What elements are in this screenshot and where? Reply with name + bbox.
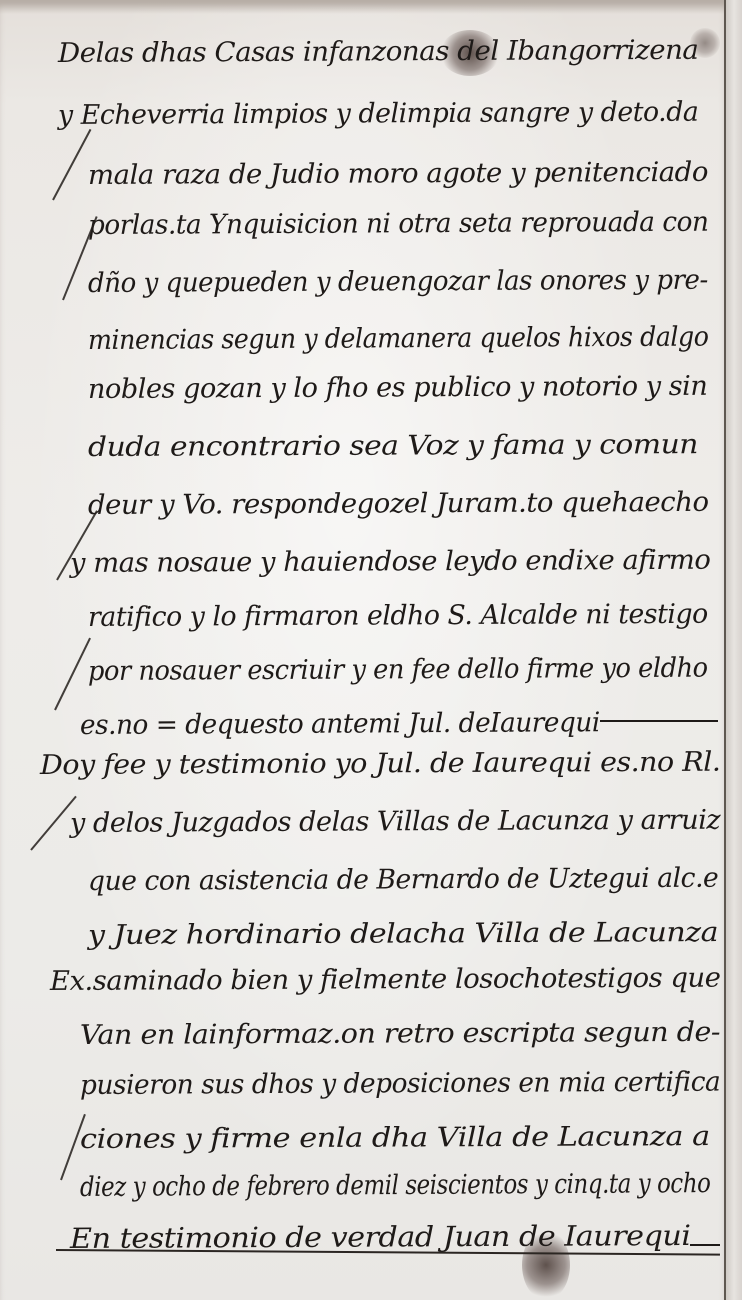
manuscript-page: Delas dhas Casas infanzonas del Ibangorr… xyxy=(0,0,726,1300)
text-line: y Echeverria limpios y delimpia sangre y… xyxy=(58,97,699,131)
page-top-edge xyxy=(0,0,724,14)
text-line: Doy fee y testimonio yo Jul. de Iaurequi… xyxy=(40,747,721,781)
text-line: y Juez hordinario delacha Villa de Lacun… xyxy=(88,917,718,951)
text-line: deur y Vo. respondegozel Juram.to quehae… xyxy=(88,487,709,521)
text-line: mala raza de Judio moro agote y penitenc… xyxy=(88,157,708,191)
adjacent-page-edge xyxy=(726,0,742,1300)
end-rule xyxy=(600,720,718,722)
text-line: y delos Juzgados delas Villas de Lacunza… xyxy=(70,805,720,839)
text-line: que con asistencia de Bernardo de Uztegu… xyxy=(88,863,718,897)
text-line: por nosauer escriuir y en fee dello firm… xyxy=(88,653,708,687)
pen-stroke xyxy=(52,129,91,201)
text-line: ciones y firme enla dha Villa de Lacunza… xyxy=(80,1121,710,1155)
text-line: diez y ocho de febrero demil seiscientos… xyxy=(80,1168,711,1203)
end-rule xyxy=(690,1244,720,1246)
text-line: Ex.saminado bien y fielmente losochotest… xyxy=(50,963,721,997)
text-line: minencias segun y delamanera quelos hixo… xyxy=(88,322,709,356)
text-line: es.no = dequesto antemi Jul. deIaurequi xyxy=(80,707,600,741)
text-line: Van en lainformaz.on retro escripta segu… xyxy=(80,1017,720,1051)
pen-stroke xyxy=(54,638,91,711)
text-line: ratifico y lo firmaron eldho S. Alcalde … xyxy=(88,599,708,633)
text-line: porlas.ta Ynquisicion ni otra seta repro… xyxy=(88,207,709,241)
text-line: nobles gozan y lo fho es publico y notor… xyxy=(88,371,707,405)
text-line: pusieron sus dhos y deposiciones en mia … xyxy=(80,1067,720,1101)
text-line: duda encontrario sea Voz y fama y comun xyxy=(88,429,698,463)
text-line: y mas nosaue y hauiendose leydo endixe a… xyxy=(70,545,710,579)
text-line: Delas dhas Casas infanzonas del Ibangorr… xyxy=(58,35,699,69)
text-line: dño y quepueden y deuengozar las onores … xyxy=(88,265,708,299)
